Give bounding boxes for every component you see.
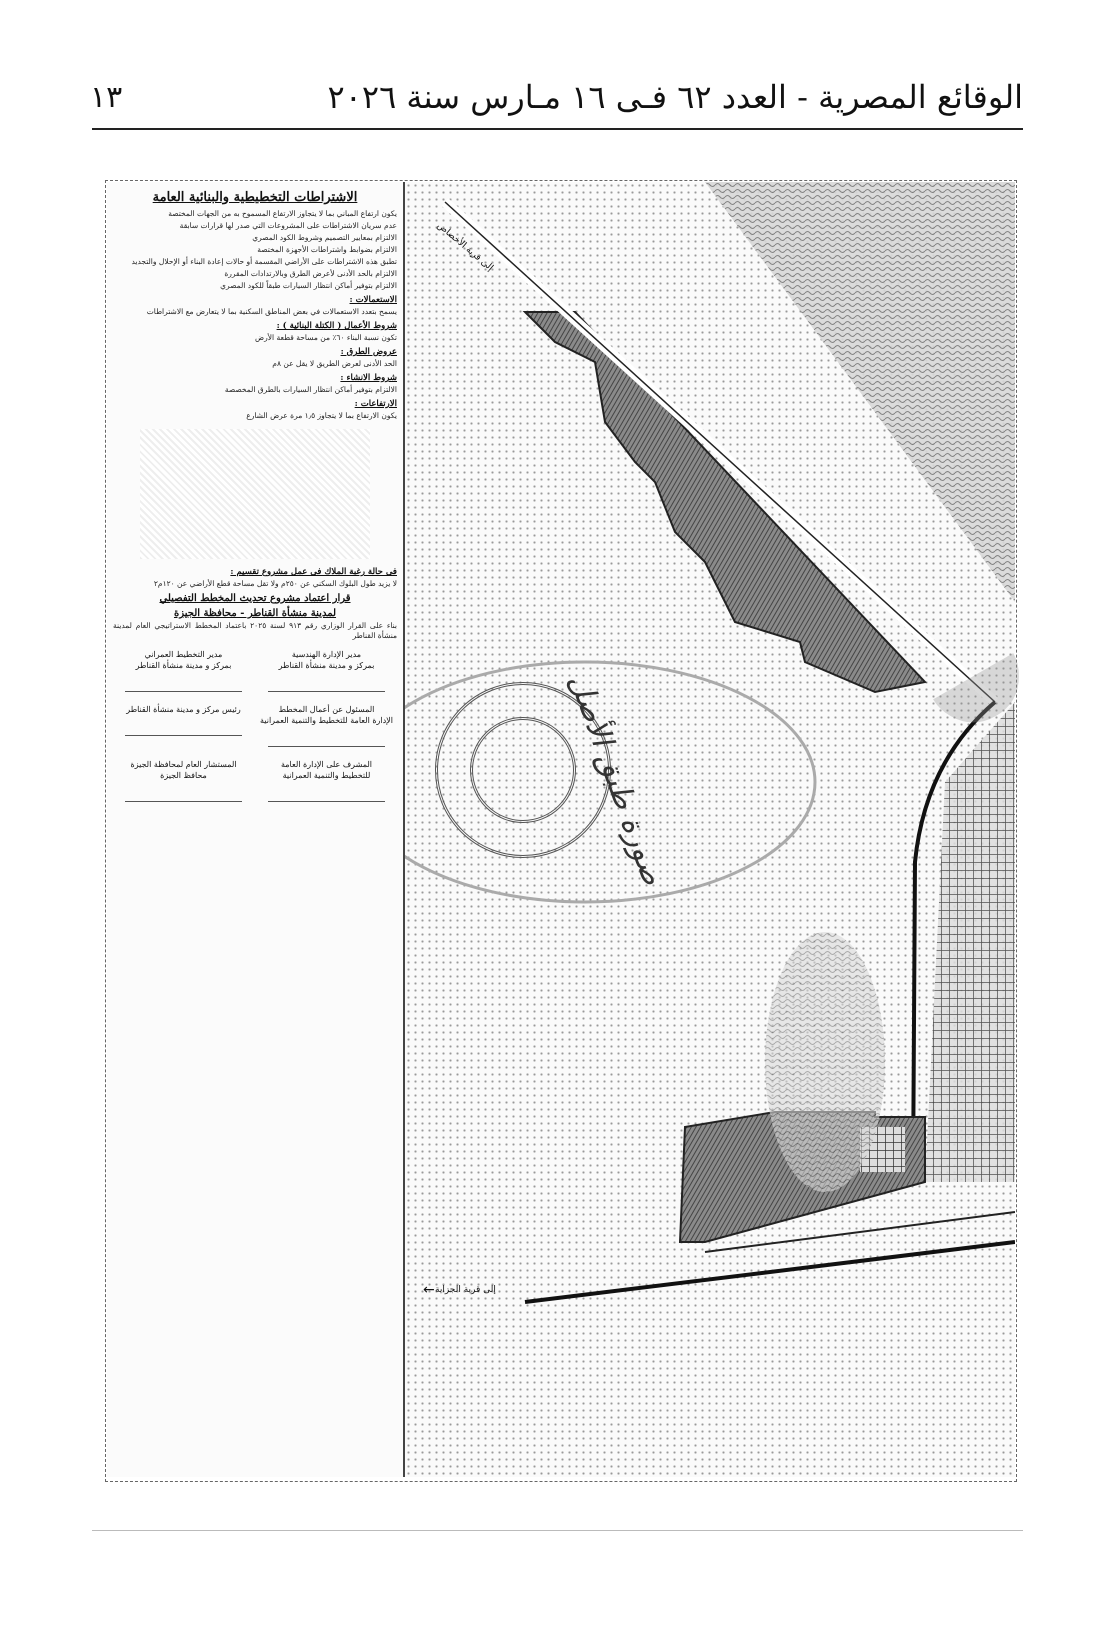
legend-paragraph: عدم سريان الاشتراطات على المشروعات التي … (113, 221, 397, 231)
header-divider (92, 128, 1023, 130)
gazette-title: الوقائع المصرية - العدد ٦٢ فـى ١٦ مـارس … (328, 78, 1024, 116)
section-title: شروط الأعمال ( الكتلة البنائية ) : (113, 321, 397, 331)
legend-paragraph: يكون ارتفاع المباني بما لا يتجاوز الارتف… (113, 209, 397, 219)
approval-title: قرار اعتماد مشروع تحديث المخطط التفصيلي (107, 593, 403, 604)
section-text: لا يزيد طول البلوك السكني عن ٢٥٠م ولا تق… (113, 579, 397, 589)
section-text: يكون الارتفاع بما لا يتجاوز ١٫٥ مرة عرض … (113, 411, 397, 421)
signature: المستشار العام لمحافظة الجيزةمحافظ الجيز… (115, 759, 252, 804)
section-title: الارتفاعات : (113, 399, 397, 409)
page-number: ١٣ (90, 80, 122, 115)
signature: المشرف على الإدارة العامةللتخطيط والتنمي… (258, 759, 395, 804)
footer-divider (92, 1530, 1023, 1531)
scanned-planning-sheet: الاشتراطات التخطيطية والبنائية العامة يك… (105, 180, 1020, 1520)
section-title: فى حالة رغبة الملاك فى عمل مشروع تقسيم : (113, 567, 397, 577)
approval-text: بناء على القرار الوزاري رقم ٩١٣ لسنة ٢٠٢… (113, 621, 397, 641)
signature: مدير التخطيط العمرانيبمركز و مدينة منشأة… (115, 649, 252, 694)
section-text: يسمح بتعدد الاستعمالات في بعض المناطق ال… (113, 307, 397, 317)
legend-paragraph: الالتزام بالحد الأدنى لأعرض الطرق وبالار… (113, 269, 397, 279)
road-label-south: إلى قرية الجزاية (435, 1285, 496, 1295)
legend-paragraph: الالتزام بتوفير أماكن انتظار السيارات طب… (113, 281, 397, 291)
legend-panel: الاشتراطات التخطيطية والبنائية العامة يك… (107, 182, 405, 1477)
approval-subtitle: لمدينة منشأة القناطر - محافظة الجيزة (107, 608, 403, 619)
section-text: تكون نسبة البناء ٦٠٪ من مساحة قطعة الأرض (113, 333, 397, 343)
arrow-west-icon: ← (423, 1282, 435, 1298)
signature: مدير الإدارة الهندسيةبمركز و مدينة منشأة… (258, 649, 395, 694)
legend-paragraph: تطبق هذه الاشتراطات على الأراضي المقسمة … (113, 257, 397, 267)
signature: رئيس مركز و مدينة منشأة القناطر (115, 704, 252, 749)
location-inset-map (140, 429, 370, 559)
legend-paragraph: الالتزام بمعايير التصميم وشروط الكود الم… (113, 233, 397, 243)
legend-paragraph: الالتزام بضوابط واشتراطات الأجهزة المختص… (113, 245, 397, 255)
planning-map: إلى قرية الأخصاص إلى قرية الجزاية ← صورة… (405, 182, 1015, 1477)
signatures-block: مدير الإدارة الهندسيةبمركز و مدينة منشأة… (107, 643, 403, 810)
signature: المسئول عن أعمال المخططالإدارة العامة لل… (258, 704, 395, 749)
page-header: ١٣ الوقائع المصرية - العدد ٦٢ فـى ١٦ مـا… (90, 70, 1023, 126)
official-stamp-inner (470, 717, 576, 823)
section-title: عروض الطرق : (113, 347, 397, 357)
section-text: الحد الأدنى لعرض الطريق لا يقل عن ٨م (113, 359, 397, 369)
section-text: الالتزام بتوفير أماكن انتظار السيارات با… (113, 385, 397, 395)
legend-title: الاشتراطات التخطيطية والبنائية العامة (115, 190, 395, 205)
section-title: شروط الانشاء : (113, 373, 397, 383)
section-title: الاستعمالات : (113, 295, 397, 305)
